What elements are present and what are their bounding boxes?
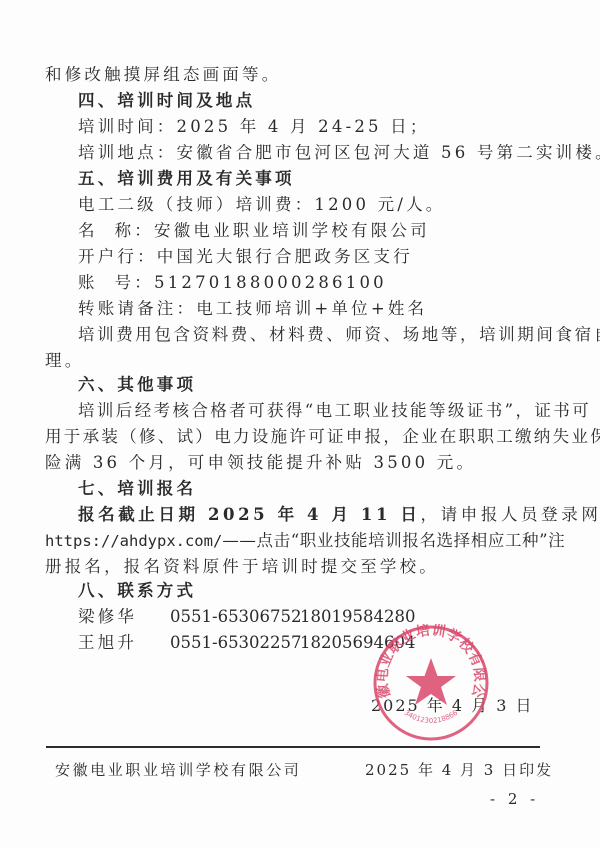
- body-text-continuation: 和修改触摸屏组态画面等。: [45, 62, 533, 88]
- training-fee: 电工二级（技师）培训费：1200 元/人。: [78, 192, 533, 218]
- section-heading-5: 五、培训费用及有关事项: [78, 166, 533, 192]
- footer-divider: [46, 746, 540, 748]
- seal-code: 3401230218866: [403, 708, 460, 724]
- deadline-text: 报名截止日期 2025 年 4 月 11 日: [78, 505, 421, 524]
- document-page: 和修改触摸屏组态画面等。 四、培训时间及地点 培训时间：2025 年 4 月 2…: [0, 0, 600, 847]
- official-seal-icon: 安徽电业职业培训学校有限公司 3401230218866: [372, 624, 490, 742]
- certificate-info: 培训后经考核合格者可获得“电工职业技能等级证书”，证书可: [78, 398, 533, 424]
- section-heading-6: 六、其他事项: [78, 372, 533, 398]
- account-name: 名 称：安徽电业职业培训学校有限公司: [78, 218, 533, 244]
- contact-tel: 0551-65306752: [170, 604, 300, 630]
- certificate-info-cont: 用于承装（修、试）电力设施许可证申报，企业在职职工缴纳失业保: [45, 424, 533, 450]
- registration-url-line: https://ahdypx.com/——点击“职业技能培训报名选择相应工种”注: [45, 528, 533, 554]
- registration-url-link[interactable]: https://ahdypx.com/: [45, 532, 222, 550]
- section-heading-8: 八、联系方式: [78, 578, 533, 604]
- training-location: 培训地点：安徽省合肥市包河区包河大道 56 号第二实训楼。: [78, 140, 533, 166]
- svg-text:3401230218866: 3401230218866: [403, 708, 460, 724]
- contact-tel: 0551-65302257: [170, 630, 300, 656]
- fee-includes: 培训费用包含资料费、材料费、师资、场地等，培训期间食宿自: [78, 322, 533, 348]
- training-time: 培训时间：2025 年 4 月 24-25 日；: [78, 114, 533, 140]
- section-heading-7: 七、培训报名: [78, 476, 533, 502]
- page-number: - 2 -: [490, 788, 539, 810]
- account-number: 账 号：51270188000286100: [78, 270, 533, 296]
- contact-name: 王旭升: [78, 630, 170, 656]
- deadline-rest: ，请申报人员登录网址: [421, 505, 600, 524]
- registration-docs: 册报名，报名资料原件于培训时提交至学校。: [45, 554, 533, 580]
- transfer-note: 转账请备注：电工技师培训+单位+姓名: [78, 296, 533, 322]
- account-bank: 开户行：中国光大银行合肥政务区支行: [78, 244, 533, 270]
- contact-name: 梁修华: [78, 604, 170, 630]
- section-heading-4: 四、培训时间及地点: [78, 88, 533, 114]
- fee-includes-cont: 理。: [45, 348, 533, 374]
- footer-issue-date: 2025 年 4 月 3 日印发: [365, 759, 553, 781]
- subsidy-info: 险满 36 个月，可申领技能提升补贴 3500 元。: [45, 450, 533, 476]
- footer-issuer: 安徽电业职业培训学校有限公司: [55, 759, 301, 781]
- registration-deadline: 报名截止日期 2025 年 4 月 11 日，请申报人员登录网址: [78, 502, 533, 528]
- registration-instruction: ——点击“职业技能培训报名选择相应工种”注: [222, 531, 565, 550]
